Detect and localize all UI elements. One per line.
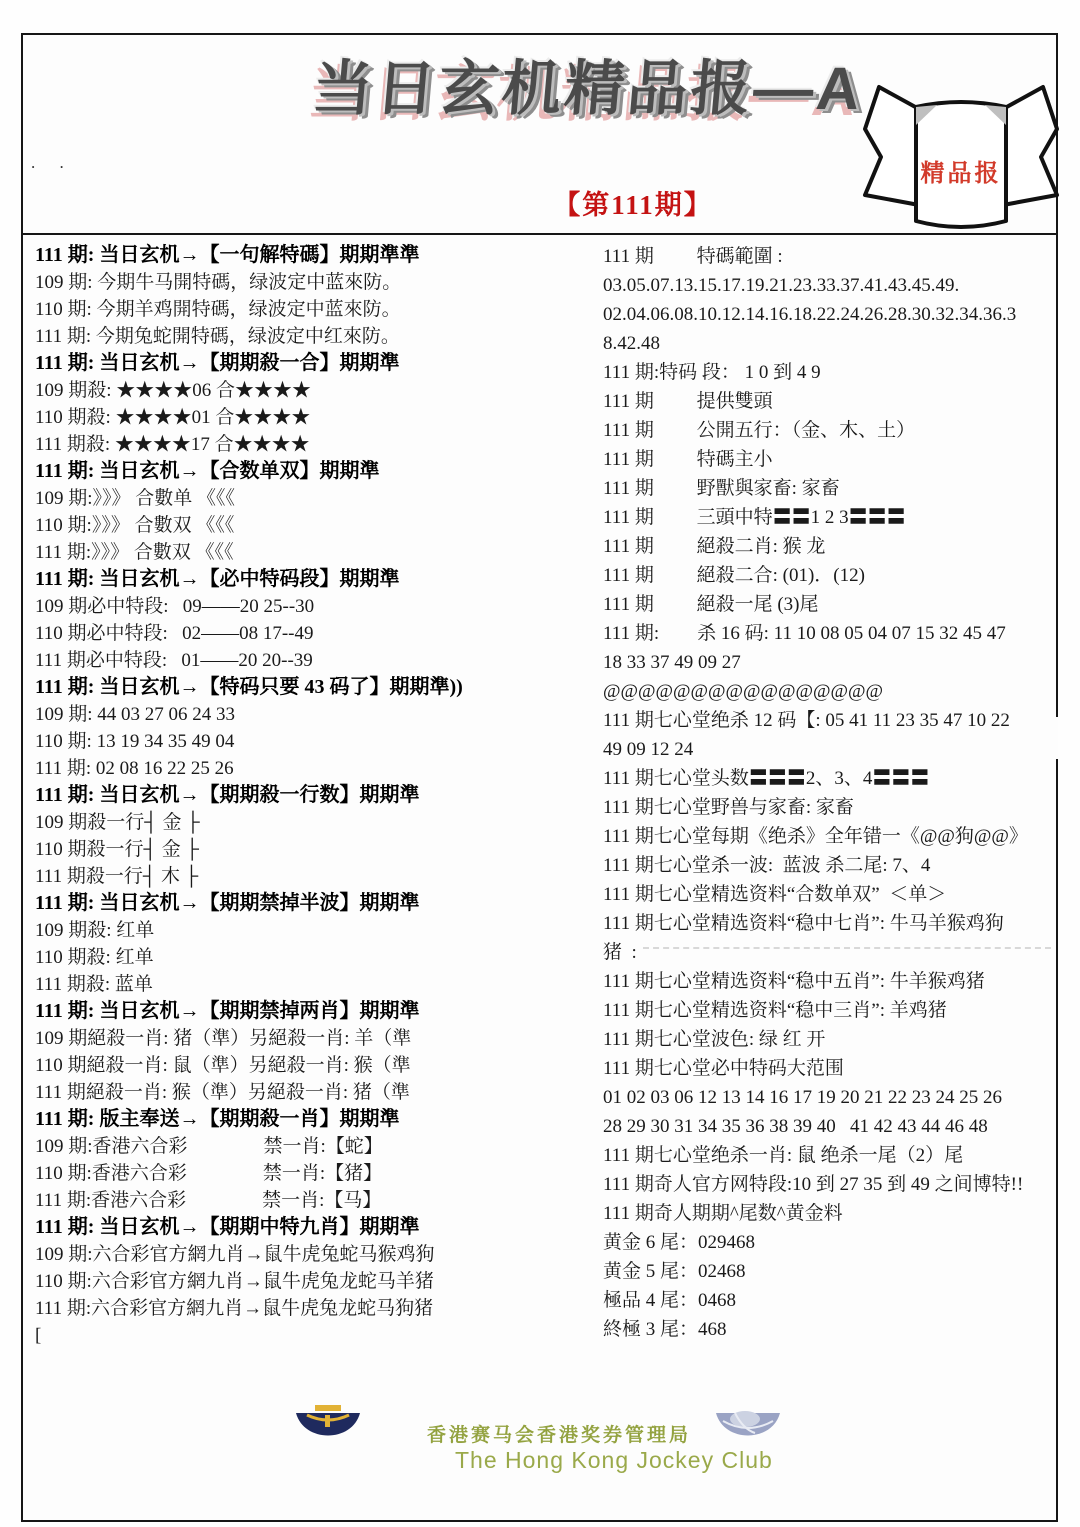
- newspaper-page: . . 当日玄机精品报—A 【第111期】 精品报 111 期: 当日玄机→【一…: [0, 0, 1080, 1527]
- hkjc-emblem-icon: [295, 1403, 361, 1445]
- report-line: 8.42.48: [603, 329, 1056, 358]
- report-line: 111 期七心堂波色: 绿 红 开: [603, 1025, 1056, 1054]
- report-line: 111 期 特碼主小: [603, 445, 1056, 474]
- report-line: 111 期七心堂野兽与家畜: 家畜: [603, 793, 1056, 822]
- report-line: 111 期: 当日玄机→【期期殺一行数】期期準: [35, 782, 595, 809]
- report-line: 111 期: 杀 16 码: 11 10 08 05 04 07 15 32 4…: [603, 619, 1056, 648]
- page-title: 当日玄机精品报—A: [309, 41, 957, 127]
- report-line: 111 期絕殺一肖: 猴（準）另絕殺一肖: 猪（準: [35, 1079, 595, 1106]
- report-line: 111 期: 当日玄机→【期期中特九肖】期期準: [35, 1214, 595, 1241]
- report-line: 49 09 12 24: [603, 735, 1056, 764]
- report-line: 111 期 絕殺二肖: 猴 龙: [603, 532, 1056, 561]
- report-line: 111 期: 版主奉送→【期期殺一肖】期期準: [35, 1106, 595, 1133]
- report-line: 111 期: 今期兔蛇開特碼，绿波定中红來防。: [35, 323, 595, 350]
- report-line: 110 期: 今期羊鸡開特碼，绿波定中蓝來防。: [35, 296, 595, 323]
- report-line: 110 期:六合彩官方網九肖→鼠牛虎兔龙蛇马羊猪: [35, 1268, 595, 1295]
- report-line: 黄金 5 尾：02468: [603, 1257, 1056, 1286]
- report-line: 109 期: 今期牛马開特碼，绿波定中蓝來防。: [35, 269, 595, 296]
- report-line: 111 期 絕殺二合: (01)．(12): [603, 561, 1056, 590]
- report-line: 111 期殺: ★★★★17 合★★★★: [35, 431, 595, 458]
- report-line: 111 期七心堂精选资料“合数单双” ＜单＞: [603, 880, 1056, 909]
- report-line: 109 期殺一行┤ 金 ├: [35, 809, 595, 836]
- footer-org-name-cn: 香港赛马会香港奖券管理局: [427, 1420, 687, 1447]
- report-line: 109 期殺: 红单: [35, 917, 595, 944]
- globe-icon: [715, 1405, 781, 1445]
- report-line: 111 期 絕殺一尾 (3)尾: [603, 590, 1056, 619]
- report-line: 111 期: 当日玄机→【特码只要 43 码了】期期準)): [35, 674, 595, 701]
- report-line: 109 期: 44 03 27 06 24 33: [35, 701, 595, 728]
- report-line: 110 期:》》》 合數双 《《《: [35, 512, 595, 539]
- report-line: 111 期七心堂头数〓〓〓2、3、4〓〓〓: [603, 764, 1056, 793]
- report-line: 111 期七心堂必中特码大范围: [603, 1054, 1056, 1083]
- report-line: 111 期七心堂每期《绝杀》全年错一《@@狗@@》: [603, 822, 1056, 851]
- page-frame: . . 当日玄机精品报—A 【第111期】 精品报 111 期: 当日玄机→【一…: [21, 33, 1058, 1522]
- report-line: 111 期七心堂精选资料“稳中三肖”: 羊鸡猪: [603, 996, 1056, 1025]
- report-line: 111 期殺一行┤ 木 ├: [35, 863, 595, 890]
- right-column: 111 期 特碼範圍 :03.05.07.13.15.17.19.21.23.3…: [595, 235, 1056, 1344]
- report-line: 111 期:六合彩官方網九肖→鼠牛虎兔龙蛇马狗猪: [35, 1295, 595, 1322]
- report-line: 111 期奇人官方网特段:10 到 27 35 到 49 之间博特!!: [603, 1170, 1056, 1199]
- report-line: 28 29 30 31 34 35 36 38 39 40 41 42 43 4…: [603, 1112, 1056, 1141]
- report-line: 109 期:六合彩官方網九肖→鼠牛虎兔蛇马猴鸡狗: [35, 1241, 595, 1268]
- report-line: 18 33 37 49 09 27: [603, 648, 1056, 677]
- report-line: 110 期: 13 19 34 35 49 04: [35, 728, 595, 755]
- report-line: 111 期: 当日玄机→【必中特码段】期期準: [35, 566, 595, 593]
- report-line: 111 期 公開五行：（金、木、土）: [603, 416, 1056, 445]
- report-line: 111 期: 02 08 16 22 25 26: [35, 755, 595, 782]
- report-line: 109 期殺: ★★★★06 合★★★★: [35, 377, 595, 404]
- report-line: 111 期必中特段: 01——20 20--39: [35, 647, 595, 674]
- report-line: 111 期: 当日玄机→【期期禁掉两肖】期期準: [35, 998, 595, 1025]
- report-line: 黄金 6 尾：029468: [603, 1228, 1056, 1257]
- border-gap: [1054, 717, 1058, 759]
- report-line: 111 期七心堂精选资料“稳中五肖”: 牛羊猴鸡猪: [603, 967, 1056, 996]
- corner-dots: . .: [31, 153, 74, 173]
- report-line: 02.04.06.08.10.12.14.16.18.22.24.26.28.3…: [603, 300, 1056, 329]
- report-line: 109 期:》》》 合數单 《《《: [35, 485, 595, 512]
- footer-org-name-en: The Hong Kong Jockey Club: [455, 1447, 775, 1474]
- report-line: 03.05.07.13.15.17.19.21.23.33.37.41.43.4…: [603, 271, 1056, 300]
- report-line: 109 期絕殺一肖: 猪（準）另絕殺一肖: 羊（準: [35, 1025, 595, 1052]
- report-line: 110 期必中特段: 02——08 17--49: [35, 620, 595, 647]
- report-line: 111 期七心堂精选资料“稳中七肖”: 牛马羊猴鸡狗: [603, 909, 1056, 938]
- report-line: 111 期: 当日玄机→【期期殺一合】期期準: [35, 350, 595, 377]
- report-line: 110 期殺: ★★★★01 合★★★★: [35, 404, 595, 431]
- report-line: 111 期七心堂绝杀 12 码【: 05 41 11 23 35 47 10 2…: [603, 706, 1056, 735]
- report-line: 111 期七心堂绝杀一肖: 鼠 绝杀一尾（2）尾: [603, 1141, 1056, 1170]
- report-line: 111 期: 当日玄机→【合数单双】期期準: [35, 458, 595, 485]
- report-line: 110 期殺一行┤ 金 ├: [35, 836, 595, 863]
- left-column: 111 期: 当日玄机→【一句解特碼】期期準準109 期: 今期牛马開特碼，绿波…: [23, 235, 595, 1349]
- report-line: 111 期:特码 段： 1 0 到 4 9: [603, 358, 1056, 387]
- report-line: 110 期絕殺一肖: 鼠（準）另絕殺一肖: 猴（準: [35, 1052, 595, 1079]
- report-line: 111 期:香港六合彩 禁一肖:【马】: [35, 1187, 595, 1214]
- header: . . 当日玄机精品报—A 【第111期】 精品报: [23, 35, 1056, 235]
- scan-artifact-line: [643, 947, 1051, 949]
- report-line: 111 期奇人期期^尾数^黄金料: [603, 1199, 1056, 1228]
- report-line: 111 期 野獸與家畜: 家畜: [603, 474, 1056, 503]
- report-line: 終極 3 尾：468: [603, 1315, 1056, 1344]
- report-line: 111 期七心堂杀一波: 蓝波 杀二尾: 7、4: [603, 851, 1056, 880]
- issue-number: 【第111期】: [353, 183, 913, 222]
- report-line: 01 02 03 06 12 13 14 16 17 19 20 21 22 2…: [603, 1083, 1056, 1112]
- content-columns: 111 期: 当日玄机→【一句解特碼】期期準準109 期: 今期牛马開特碼，绿波…: [23, 235, 1056, 1520]
- report-line: 110 期:香港六合彩 禁一肖:【猪】: [35, 1160, 595, 1187]
- report-line: 111 期 特碼範圍 :: [603, 242, 1056, 271]
- report-line: @@@@@@@@@@@@@@@@: [603, 677, 1056, 706]
- report-line: 111 期 提供雙頭: [603, 387, 1056, 416]
- report-line: 109 期必中特段: 09——20 25--30: [35, 593, 595, 620]
- report-line: 111 期: 当日玄机→【一句解特碼】期期準準: [35, 242, 595, 269]
- stamp-label: 精品报: [893, 153, 1029, 188]
- report-line: 極品 4 尾：0468: [603, 1286, 1056, 1315]
- report-line: 109 期:香港六合彩 禁一肖:【蛇】: [35, 1133, 595, 1160]
- report-line: 猪 :: [603, 938, 1056, 967]
- report-line: 110 期殺: 红单: [35, 944, 595, 971]
- report-line: 111 期 三頭中特〓〓1 2 3〓〓〓: [603, 503, 1056, 532]
- report-line: 111 期: 当日玄机→【期期禁掉半波】期期準: [35, 890, 595, 917]
- report-line: 111 期:》》》 合數双 《《《: [35, 539, 595, 566]
- report-line: [: [35, 1322, 595, 1349]
- report-line: 111 期殺: 蓝单: [35, 971, 595, 998]
